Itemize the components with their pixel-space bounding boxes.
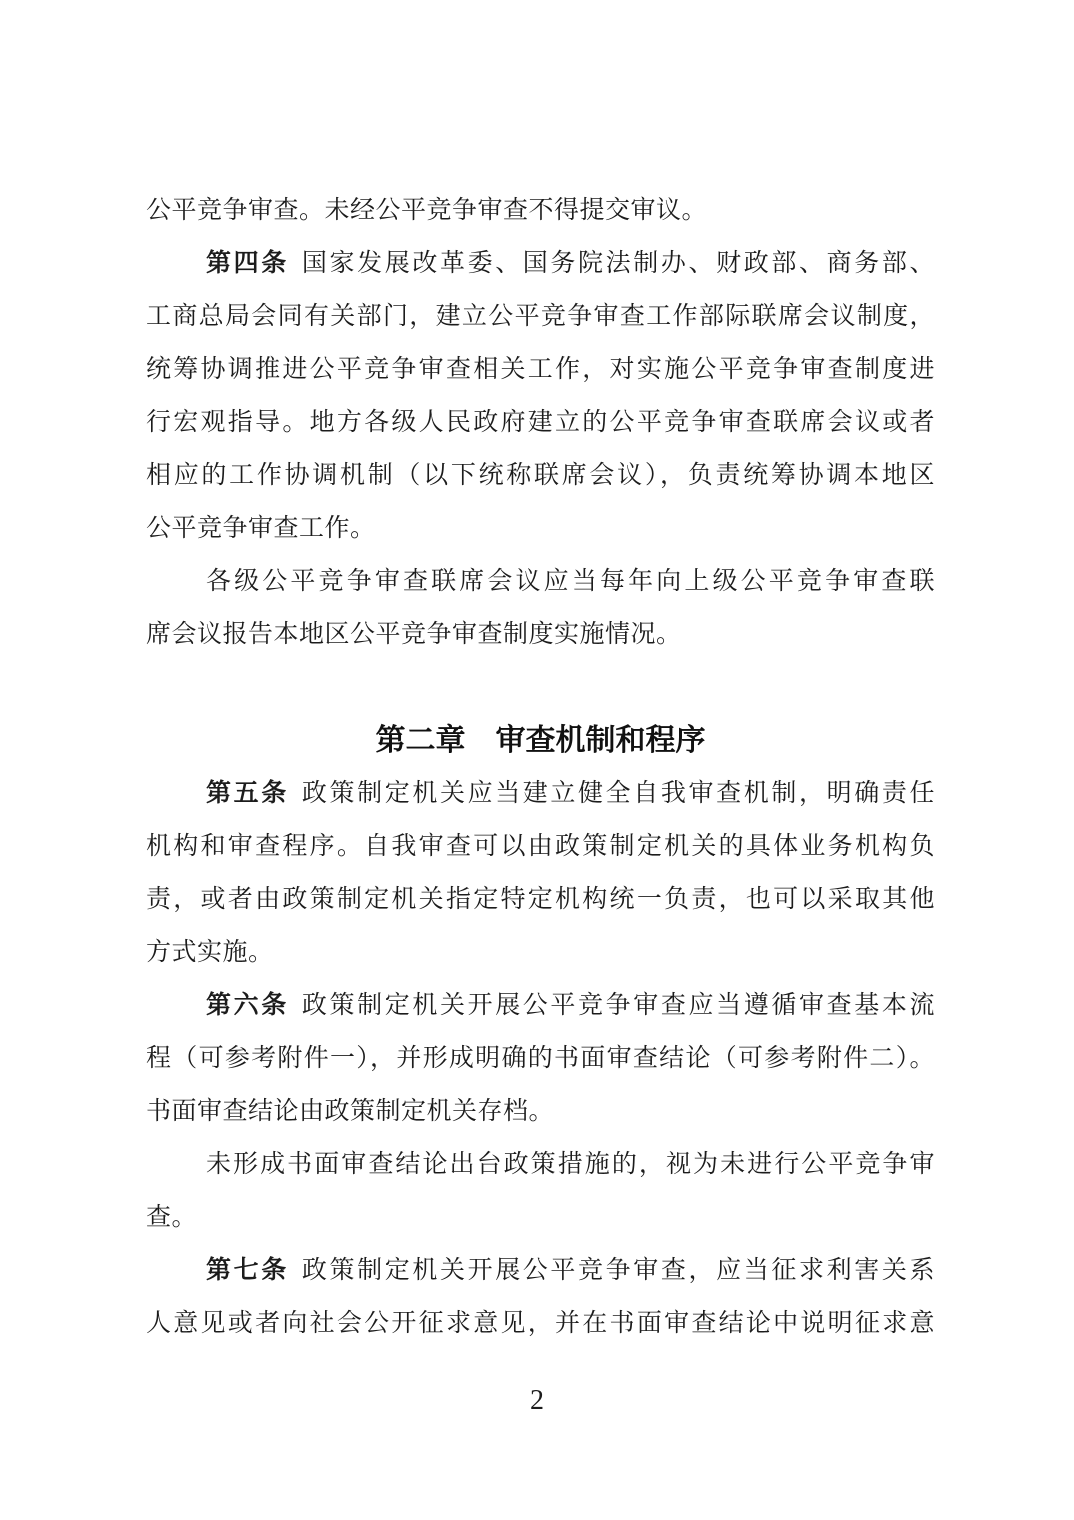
text-line: 未形成书面审查结论出台政策措施的，视为未进行公平竞争审 — [146, 1138, 935, 1191]
article-number: 第七条 — [206, 1256, 289, 1284]
line-text: 公平竞争审查。未经公平竞争审查不得提交审议。 — [146, 197, 707, 224]
text-line: 统筹协调推进公平竞争审查相关工作，对实施公平竞争审查制度进 — [146, 343, 935, 396]
chapter-heading: 第二章 审查机制和程序 — [146, 714, 935, 767]
line-text: 查。 — [146, 1204, 197, 1231]
text-line: 公平竞争审查。未经公平竞争审查不得提交审议。 — [146, 184, 935, 237]
vertical-spacer — [146, 661, 935, 714]
line-text: 政策制定机关应当建立健全自我审查机制，明确责任 — [302, 780, 935, 807]
line-text: 行宏观指导。地方各级人民政府建立的公平竞争审查联席会议或者 — [146, 409, 935, 436]
article-number: 第四条 — [206, 249, 289, 277]
text-line: 第七条政策制定机关开展公平竞争审查，应当征求利害关系 — [146, 1244, 935, 1297]
text-line: 书面审查结论由政策制定机关存档。 — [146, 1085, 935, 1138]
article-number: 第六条 — [206, 991, 289, 1019]
line-text: 程（可参考附件一），并形成明确的书面审查结论（可参考附件二）。 — [146, 1045, 935, 1072]
text-line: 第四条国家发展改革委、国务院法制办、财政部、商务部、 — [146, 237, 935, 290]
text-line: 查。 — [146, 1191, 935, 1244]
text-line: 第五条政策制定机关应当建立健全自我审查机制，明确责任 — [146, 767, 935, 820]
line-text: 各级公平竞争审查联席会议应当每年向上级公平竞争审查联 — [206, 568, 935, 595]
text-line: 公平竞争审查工作。 — [146, 502, 935, 555]
line-text: 相应的工作协调机制（以下统称联席会议），负责统筹协调本地区 — [146, 462, 935, 489]
line-text: 政策制定机关开展公平竞争审查，应当征求利害关系 — [302, 1257, 935, 1284]
line-text: 书面审查结论由政策制定机关存档。 — [146, 1098, 554, 1125]
text-line: 方式实施。 — [146, 926, 935, 979]
text-line: 席会议报告本地区公平竞争审查制度实施情况。 — [146, 608, 935, 661]
text-line: 行宏观指导。地方各级人民政府建立的公平竞争审查联席会议或者 — [146, 396, 935, 449]
line-text: 统筹协调推进公平竞争审查相关工作，对实施公平竞争审查制度进 — [146, 356, 935, 383]
line-text: 机构和审查程序。自我审查可以由政策制定机关的具体业务机构负 — [146, 833, 935, 860]
document-body: 公平竞争审查。未经公平竞争审查不得提交审议。第四条国家发展改革委、国务院法制办、… — [146, 184, 935, 1350]
text-line: 程（可参考附件一），并形成明确的书面审查结论（可参考附件二）。 — [146, 1032, 935, 1085]
article-number: 第五条 — [206, 779, 289, 807]
text-line: 责，或者由政策制定机关指定特定机构统一负责，也可以采取其他 — [146, 873, 935, 926]
text-line: 第六条政策制定机关开展公平竞争审查应当遵循审查基本流 — [146, 979, 935, 1032]
text-line: 人意见或者向社会公开征求意见，并在书面审查结论中说明征求意 — [146, 1297, 935, 1350]
text-line: 相应的工作协调机制（以下统称联席会议），负责统筹协调本地区 — [146, 449, 935, 502]
page-number: 2 — [0, 1378, 1074, 1424]
line-text: 未形成书面审查结论出台政策措施的，视为未进行公平竞争审 — [206, 1151, 935, 1178]
text-line: 机构和审查程序。自我审查可以由政策制定机关的具体业务机构负 — [146, 820, 935, 873]
line-text: 人意见或者向社会公开征求意见，并在书面审查结论中说明征求意 — [146, 1310, 935, 1337]
text-line: 工商总局会同有关部门，建立公平竞争审查工作部际联席会议制度， — [146, 290, 935, 343]
line-text: 国家发展改革委、国务院法制办、财政部、商务部、 — [302, 250, 935, 277]
line-text: 责，或者由政策制定机关指定特定机构统一负责，也可以采取其他 — [146, 886, 935, 913]
line-text: 席会议报告本地区公平竞争审查制度实施情况。 — [146, 621, 682, 648]
text-line: 各级公平竞争审查联席会议应当每年向上级公平竞争审查联 — [146, 555, 935, 608]
document-page: 公平竞争审查。未经公平竞争审查不得提交审议。第四条国家发展改革委、国务院法制办、… — [0, 0, 1074, 1520]
line-text: 工商总局会同有关部门，建立公平竞争审查工作部际联席会议制度， — [146, 303, 935, 330]
line-text: 方式实施。 — [146, 939, 274, 966]
line-text: 政策制定机关开展公平竞争审查应当遵循审查基本流 — [302, 992, 935, 1019]
line-text: 公平竞争审查工作。 — [146, 515, 376, 542]
